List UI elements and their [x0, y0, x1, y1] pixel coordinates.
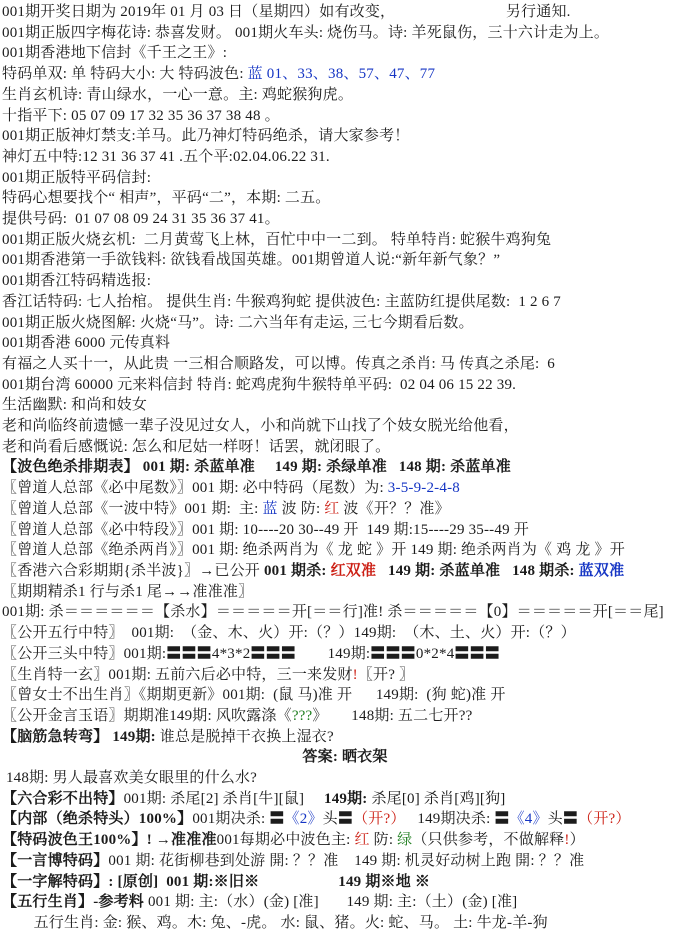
text-segment: 红: [354, 832, 369, 848]
text-line: 生肖玄机诗: 青山绿水，一心一意。主: 鸡蛇猴狗虎。: [2, 85, 688, 106]
text-segment: 香江话特码: 七人抬棺。 提供生肖: 牛猴鸡狗蛇 提供波色: 主蓝防红提供尾数:…: [2, 294, 561, 310]
text-segment: 《4》: [510, 811, 548, 827]
text-segment: 001期决杀:: [192, 811, 269, 827]
text-segment: 【特码波色王100%】! →准准准: [2, 832, 217, 848]
text-line: 【一字解特码】: [原创] 001 期:※旧※ 149 期※地 ※: [2, 872, 688, 893]
text-segment: 〖曾道人总部《必中尾数》〗001 期: 必中特码（尾数）为:: [2, 480, 388, 496]
text-segment: （开?）: [578, 811, 630, 827]
text-segment: 4*3*2: [212, 646, 251, 662]
text-line: 〖曾道人总部《必中尾数》〗001 期: 必中特码（尾数）为: 3-5-9-2-4…: [2, 478, 688, 499]
text-segment: 生肖玄机诗: 青山绿水，一心一意。主: 鸡蛇猴狗虎。: [2, 87, 353, 103]
text-segment: 001期香港地下信封《千王之王》:: [2, 45, 227, 61]
text-line: 001期正版四字梅花诗: 恭喜发财。 001期火车头: 烧伤马。诗: 羊死鼠伤，…: [2, 23, 688, 44]
text-line: 001期正版火烧图解: 火烧“马”。诗: 二六当年有走运, 三七今期看后数。: [2, 313, 688, 334]
text-line: 老和尚临终前遗憾一辈子没见过女人，小和尚就下山找了个妓女脱光给他看，: [2, 416, 688, 437]
text-segment: 谁总是脱掉干衣换上湿衣?: [160, 729, 334, 745]
text-segment: 〓: [563, 811, 578, 827]
text-line: 〖生肖特一玄〗001期: 五前六后必中特，三一来发财!〖开? 〗: [2, 665, 688, 686]
text-line: 五行生肖: 金: 猴、鸡。木: 兔、-虎。 水: 鼠、猪。火: 蛇、马。 土: …: [2, 913, 688, 934]
text-segment: 特码心想要找个“ 相声”，平码“二”，本期: 二五。: [2, 190, 331, 206]
text-segment: 五行生肖: 金: 猴、鸡。木: 兔、-虎。 水: 鼠、猪。火: 蛇、马。 土: …: [2, 915, 548, 931]
text-segment: 《2》: [285, 811, 323, 827]
text-segment: 【一字解特码】: [原创] 001 期:※旧※ 149 期※地 ※: [2, 874, 430, 890]
text-segment: （开?）: [353, 811, 405, 827]
text-segment: 有福之人买十一，从此贵 一三相合顺路发，可以博。传真之杀肖: 马 传真之杀尾: …: [2, 356, 555, 372]
text-line: 〖曾道人总部《必中特段》〗001 期: 10----20 30--49 开 14…: [2, 520, 688, 541]
text-segment: 特码单双: 单 特码大小: 大 特码波色:: [2, 66, 248, 82]
document-body: 001期开奖日期为 2019年 01 月 03 日（星期四）如有改变， 另行通知…: [0, 0, 688, 934]
text-line: 〖香港六合彩期期{杀半波}〗→已公开 001 期杀: 红双准 149 期: 杀蓝…: [2, 561, 688, 582]
text-line: 001期香港第一手欲钱料: 欲钱看战国英雄。001期曾道人说:“新年新气象？”: [2, 250, 688, 271]
text-segment: 001每期必中波色主:: [217, 832, 355, 848]
text-line: 十指平下: 05 07 09 17 32 35 36 37 38 48 。: [2, 106, 688, 127]
text-line: 香江话特码: 七人抬棺。 提供生肖: 牛猴鸡狗蛇 提供波色: 主蓝防红提供尾数:…: [2, 292, 688, 313]
text-segment: 【六合彩不出特】: [2, 791, 124, 807]
text-segment: 〓: [338, 811, 353, 827]
text-segment: 〖公开三头中特〗001期:: [2, 646, 166, 662]
text-segment: ???: [292, 708, 313, 724]
text-segment: 波 防:: [278, 501, 325, 517]
text-segment: 〖期期精杀1 行与杀1 尾→→准准准〗: [2, 584, 253, 600]
text-segment: 防:: [370, 832, 397, 848]
text-segment: 001期香港第一手欲钱料: 欲钱看战国英雄。001期曾道人说:“新年新气象？”: [2, 252, 500, 268]
text-line: 特码心想要找个“ 相声”，平码“二”，本期: 二五。: [2, 188, 688, 209]
text-line: 〖曾女士不出生肖〗《期期更新》001期: (鼠 马)准 开 149期: (狗 蛇…: [2, 685, 688, 706]
text-segment: 绿: [397, 832, 412, 848]
text-line: 001期正版神灯禁支:羊马。此乃神灯特码绝杀，请大家参考！: [2, 126, 688, 147]
text-segment: 001期台湾 60000 元来料信封 特肖: 蛇鸡虎狗牛猴特单平码: 02 04…: [2, 377, 516, 393]
text-segment: 001期开奖日期为 2019年 01 月 03 日（星期四）如有改变， 另行通知…: [2, 4, 571, 20]
text-segment: 〓〓〓: [370, 646, 416, 662]
text-line: 001期正版火烧玄机: 二月黄莺飞上林，百忙中中一二到。 特单特肖: 蛇猴牛鸡狗…: [2, 230, 688, 251]
text-line: 〖公开三头中特〗001期:〓〓〓4*3*2〓〓〓 149期:〓〓〓0*2*4〓〓…: [2, 644, 688, 665]
text-segment: 〓〓〓: [166, 646, 212, 662]
text-segment: 001期正版火烧图解: 火烧“马”。诗: 二六当年有走运, 三七今期看后数。: [2, 315, 474, 331]
text-line: 001期开奖日期为 2019年 01 月 03 日（星期四）如有改变， 另行通知…: [2, 2, 688, 23]
text-segment: 〖曾道人总部《必中特段》〗001 期: 10----20 30--49 开 14…: [2, 522, 529, 538]
text-segment: 〖曾道人总部《一波中特》001 期: 主:: [2, 501, 262, 517]
text-segment: 001 期: 主:（水）(金) [准] 149 期: 主:（土）(金) [准]: [148, 894, 517, 910]
text-segment: 〓: [269, 811, 284, 827]
text-segment: 神灯五中特:12 31 36 37 41 .五个平:02.04.06.22 31…: [2, 149, 330, 165]
text-segment: 〖开? 〗: [358, 667, 414, 683]
text-line: 148期: 男人最喜欢美女眼里的什么水?: [2, 768, 688, 789]
text-segment: 蓝双准: [579, 563, 625, 579]
text-line: 提供号码: 01 07 08 09 24 31 35 36 37 41。: [2, 209, 688, 230]
text-line: 【六合彩不出特】001期: 杀尾[2] 杀肖[牛][鼠] 149期: 杀尾[0]…: [2, 789, 688, 810]
text-line: 有福之人买十一，从此贵 一三相合顺路发，可以博。传真之杀肖: 马 传真之杀尾: …: [2, 354, 688, 375]
text-segment: 老和尚看后感慨说: 怎么和尼姑一样呀！话罢，就闭眼了。: [2, 439, 390, 455]
text-line: 〖公开金言玉语〗期期准149期: 风吹露涤《???》 148期: 五二七开??: [2, 706, 688, 727]
text-segment: 【五行生肖】-参考料: [2, 894, 148, 910]
text-segment: 【一言博特码】: [2, 853, 108, 869]
text-line: 001期香港地下信封《千王之王》:: [2, 43, 688, 64]
text-segment: 蓝 01、33、38、57、47、77: [248, 66, 436, 82]
text-segment: 001期正版四字梅花诗: 恭喜发财。 001期火车头: 烧伤马。诗: 羊死鼠伤，…: [2, 25, 609, 41]
text-segment: 〓〓〓: [250, 646, 296, 662]
text-segment: 〓: [494, 811, 509, 827]
text-line: 〖期期精杀1 行与杀1 尾→→准准准〗: [2, 582, 688, 603]
text-segment: 001期香江特码精选报:: [2, 273, 151, 289]
text-segment: 149期:: [324, 791, 371, 807]
text-segment: 》 148期: 五二七开??: [312, 708, 472, 724]
text-segment: 3-5-9-2-4-8: [388, 480, 460, 496]
text-segment: 老和尚临终前遗憾一辈子没见过女人，小和尚就下山找了个妓女脱光给他看，: [2, 418, 519, 434]
text-line: 001期: 杀＝＝＝＝＝＝【杀水】＝＝＝＝＝开[＝＝行]准! 杀＝＝＝＝＝【0】…: [2, 602, 688, 623]
text-line: 老和尚看后感慨说: 怎么和尼姑一样呀！话罢，就闭眼了。: [2, 437, 688, 458]
text-line: 【一言博特码】001 期: 花街柳巷到处游 開: ？？准 149 期: 机灵好动…: [2, 851, 688, 872]
text-segment: 001期香港 6000 元传真料: [2, 335, 170, 351]
text-segment: 答案: 晒衣架: [302, 749, 387, 765]
text-segment: 〖香港六合彩期期{杀半波}〗→已公开: [2, 563, 264, 579]
text-segment: 001期正版神灯禁支:羊马。此乃神灯特码绝杀，请大家参考！: [2, 128, 409, 144]
text-segment: 杀尾[0] 杀肖[鸡][狗]: [371, 791, 505, 807]
text-segment: 149期:: [296, 646, 370, 662]
text-line: 【波色绝杀排期表】 001 期: 杀蓝单准 149 期: 杀绿单准 148 期:…: [2, 457, 688, 478]
text-segment: 0*2*4: [416, 646, 455, 662]
text-segment: 〖曾道人总部《绝杀两肖》〗001 期: 绝杀两肖为《 龙 蛇 》开 149 期:…: [2, 542, 625, 558]
text-line: 特码单双: 单 特码大小: 大 特码波色: 蓝 01、33、38、57、47、7…: [2, 64, 688, 85]
text-line: 001期香港 6000 元传真料: [2, 333, 688, 354]
text-segment: 149 期: 杀蓝单准 148 期杀:: [376, 563, 579, 579]
text-segment: 【脑筋急转弯】 149期:: [2, 729, 160, 745]
text-line: 〖曾道人总部《绝杀两肖》〗001 期: 绝杀两肖为《 龙 蛇 》开 149 期:…: [2, 540, 688, 561]
text-segment: 生活幽默: 和尚和妓女: [2, 397, 147, 413]
text-segment: 〖曾女士不出生肖〗《期期更新》001期: (鼠 马)准 开 149期: (狗 蛇…: [2, 687, 506, 703]
text-segment: 〖公开金言玉语〗期期准149期: 风吹露涤《: [2, 708, 292, 724]
text-segment: 提供号码: 01 07 08 09 24 31 35 36 37 41。: [2, 211, 280, 227]
text-segment: 十指平下: 05 07 09 17 32 35 36 37 38 48 。: [2, 108, 280, 124]
text-segment: 波《开？？准》: [339, 501, 449, 517]
text-segment: 001期: 杀＝＝＝＝＝＝【杀水】＝＝＝＝＝开[＝＝行]准! 杀＝＝＝＝＝【0】…: [2, 604, 664, 620]
text-segment: ）: [570, 832, 585, 848]
text-line: 001期台湾 60000 元来料信封 特肖: 蛇鸡虎狗牛猴特单平码: 02 04…: [2, 375, 688, 396]
text-segment: 蓝: [262, 501, 277, 517]
text-segment: 001期: 杀尾[2] 杀肖[牛][鼠]: [124, 791, 324, 807]
text-line: 【内部（绝杀特头）100%】001期决杀: 〓《2》头〓（开?） 149期决杀:…: [2, 809, 688, 830]
text-segment: 148期: 男人最喜欢美女眼里的什么水?: [2, 770, 257, 786]
text-segment: 149期决杀:: [406, 811, 495, 827]
text-segment: 【波色绝杀排期表】 001 期: 杀蓝单准 149 期: 杀绿单准 148 期:…: [2, 459, 511, 475]
text-segment: 【内部（绝杀特头）100%】: [2, 811, 192, 827]
text-segment: 001 期杀:: [264, 563, 331, 579]
text-segment: 001 期: 花街柳巷到处游 開: ？？准 149 期: 机灵好动树上跑 開: …: [108, 853, 584, 869]
text-segment: 〓〓〓: [454, 646, 500, 662]
text-segment: 001期正版特平码信封:: [2, 170, 151, 186]
text-segment: 头: [323, 811, 338, 827]
text-segment: 〖生肖特一玄〗001期: 五前六后必中特，三一来发财: [2, 667, 353, 683]
text-segment: 〖公开五行中特〗 001期: （金、木、火）开:（？）149期: （木、土、火）…: [2, 625, 576, 641]
text-line: 神灯五中特:12 31 36 37 41 .五个平:02.04.06.22 31…: [2, 147, 688, 168]
text-line: 〖曾道人总部《一波中特》001 期: 主: 蓝 波 防: 红 波《开？？准》: [2, 499, 688, 520]
text-line: 答案: 晒衣架: [2, 747, 688, 768]
text-line: 【脑筋急转弯】 149期: 谁总是脱掉干衣换上湿衣?: [2, 727, 688, 748]
text-line: 〖公开五行中特〗 001期: （金、木、火）开:（？）149期: （木、土、火）…: [2, 623, 688, 644]
text-segment: 头: [548, 811, 563, 827]
text-line: 001期香江特码精选报:: [2, 271, 688, 292]
text-segment: 红双准: [331, 563, 377, 579]
text-line: 【五行生肖】-参考料 001 期: 主:（水）(金) [准] 149 期: 主:…: [2, 892, 688, 913]
text-line: 001期正版特平码信封:: [2, 168, 688, 189]
text-line: 生活幽默: 和尚和妓女: [2, 395, 688, 416]
text-line: 【特码波色王100%】! →准准准001每期必中波色主: 红 防: 绿（只供参考…: [2, 830, 688, 851]
text-segment: 001期正版火烧玄机: 二月黄莺飞上林，百忙中中一二到。 特单特肖: 蛇猴牛鸡狗…: [2, 232, 551, 248]
text-segment: 红: [324, 501, 339, 517]
text-segment: （只供参考，不做解释: [412, 832, 564, 848]
